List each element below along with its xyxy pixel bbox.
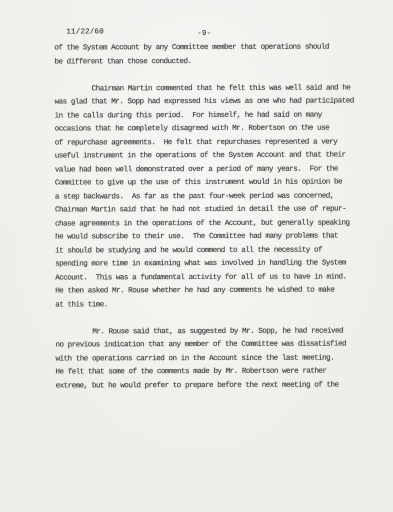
paragraph: Chairman Martin commented that he felt t… [55,82,356,313]
document-page: 11/22/60 -9- of the System Account by an… [0,0,393,512]
paragraph: Mr. Rouse said that, as suggested by Mr.… [55,325,355,394]
document-content: 11/22/60 -9- of the System Account by an… [54,27,355,407]
page-header: 11/22/60 -9- [54,27,354,42]
page-number: -9- [54,29,354,38]
paragraph: of the System Account by any Committee m… [54,41,354,69]
